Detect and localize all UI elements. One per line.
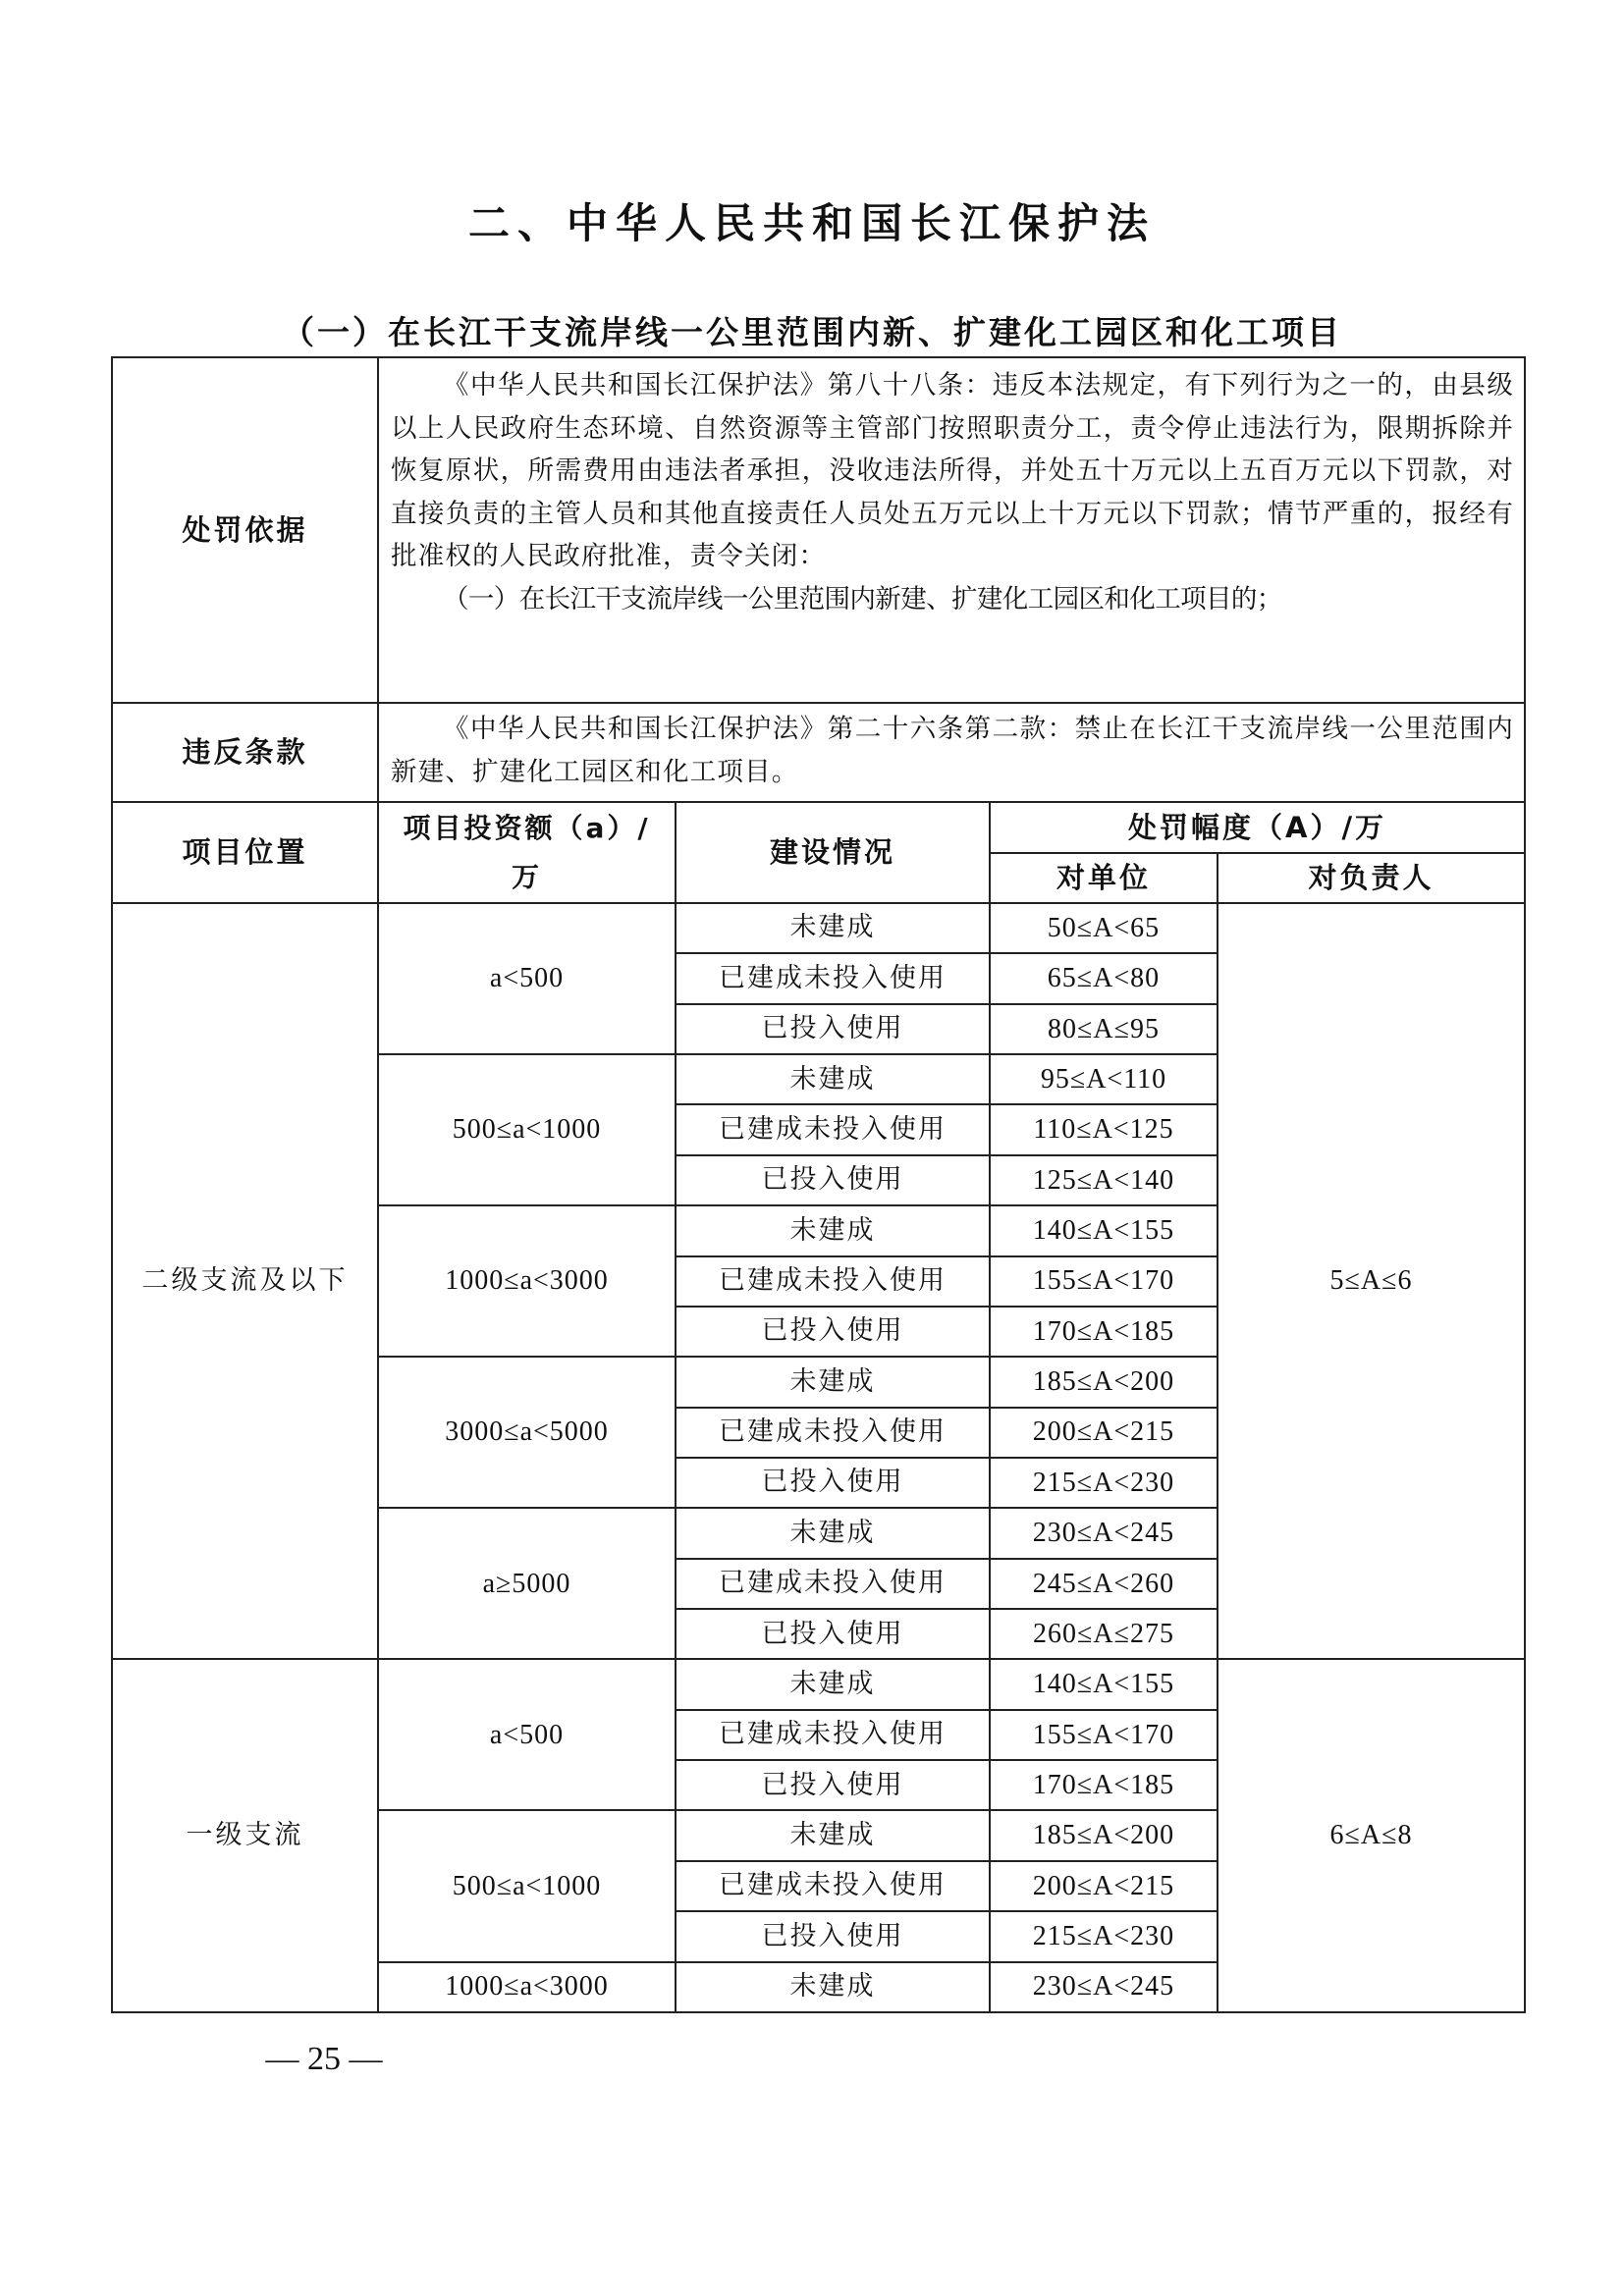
construction-status: 已投入使用 [676, 1609, 990, 1659]
header-row-1: 项目位置 项目投资额（a）/万 建设情况 处罚幅度（A）/万 [112, 802, 1525, 853]
construction-status: 未建成 [676, 1962, 990, 2012]
unit-penalty: 215≤A<230 [990, 1458, 1218, 1508]
unit-penalty: 155≤A<170 [990, 1256, 1218, 1307]
construction-status: 已投入使用 [676, 1458, 990, 1508]
investment-range: 500≤a<1000 [378, 1054, 676, 1205]
investment-range: a<500 [378, 1659, 676, 1810]
violation-text: 《中华人民共和国长江保护法》第二十六条第二款：禁止在长江干支流岸线一公里范围内新… [378, 703, 1525, 802]
header-to-unit: 对单位 [990, 853, 1218, 903]
construction-status: 已建成未投入使用 [676, 1559, 990, 1609]
unit-penalty: 200≤A<215 [990, 1408, 1218, 1458]
unit-penalty: 125≤A<140 [990, 1155, 1218, 1205]
unit-penalty: 230≤A<245 [990, 1508, 1218, 1558]
project-location: 二级支流及以下 [112, 903, 378, 1659]
unit-penalty: 230≤A<245 [990, 1962, 1218, 2012]
unit-penalty: 95≤A<110 [990, 1054, 1218, 1104]
investment-range: a≥5000 [378, 1508, 676, 1659]
construction-status: 已投入使用 [676, 1004, 990, 1054]
construction-status: 已投入使用 [676, 1760, 990, 1810]
investment-range: 1000≤a<3000 [378, 1962, 676, 2012]
unit-penalty: 185≤A<200 [990, 1810, 1218, 1860]
construction-status: 未建成 [676, 1054, 990, 1104]
construction-status: 未建成 [676, 1810, 990, 1860]
unit-penalty: 140≤A<155 [990, 1659, 1218, 1709]
unit-penalty: 260≤A≤275 [990, 1609, 1218, 1659]
construction-status: 未建成 [676, 1508, 990, 1558]
table-row: 一级支流a<500未建成140≤A<1556≤A≤8 [112, 1659, 1525, 1709]
penalty-table: 处罚依据 《中华人民共和国长江保护法》第八十八条：违反本法规定，有下列行为之一的… [111, 356, 1526, 2013]
unit-penalty: 245≤A<260 [990, 1559, 1218, 1609]
investment-range: 1000≤a<3000 [378, 1205, 676, 1357]
unit-penalty: 110≤A<125 [990, 1104, 1218, 1154]
unit-penalty: 50≤A<65 [990, 903, 1218, 953]
construction-status: 已投入使用 [676, 1155, 990, 1205]
violation-row: 违反条款 《中华人民共和国长江保护法》第二十六条第二款：禁止在长江干支流岸线一公… [112, 703, 1525, 802]
section-title: 二、中华人民共和国长江保护法 [0, 196, 1624, 251]
basis-item: （一）在长江干支流岸线一公里范围内新建、扩建化工园区和化工项目的； [391, 578, 1514, 621]
construction-status: 已投入使用 [676, 1911, 990, 1961]
unit-penalty: 80≤A≤95 [990, 1004, 1218, 1054]
basis-label: 处罚依据 [112, 357, 378, 703]
unit-penalty: 65≤A<80 [990, 953, 1218, 1003]
construction-status: 已建成未投入使用 [676, 1256, 990, 1307]
investment-range: 3000≤a<5000 [378, 1357, 676, 1508]
basis-paragraph: 《中华人民共和国长江保护法》第八十八条：违反本法规定，有下列行为之一的，由县级以… [391, 364, 1514, 578]
person-penalty: 5≤A≤6 [1218, 903, 1525, 1659]
construction-status: 已建成未投入使用 [676, 1710, 990, 1760]
page-number: — 25 — [236, 2040, 412, 2079]
table-row: 二级支流及以下a<500未建成50≤A<655≤A≤6 [112, 903, 1525, 953]
header-penalty: 处罚幅度（A）/万 [990, 802, 1525, 853]
construction-status: 未建成 [676, 903, 990, 953]
violation-label: 违反条款 [112, 703, 378, 802]
header-to-person: 对负责人 [1218, 853, 1525, 903]
person-penalty: 6≤A≤8 [1218, 1659, 1525, 2012]
header-location: 项目位置 [112, 802, 378, 903]
header-construction: 建设情况 [676, 802, 990, 903]
basis-text: 《中华人民共和国长江保护法》第八十八条：违反本法规定，有下列行为之一的，由县级以… [378, 357, 1525, 703]
construction-status: 未建成 [676, 1659, 990, 1709]
construction-status: 已建成未投入使用 [676, 1861, 990, 1911]
construction-status: 已投入使用 [676, 1307, 990, 1357]
construction-status: 未建成 [676, 1205, 990, 1255]
investment-range: a<500 [378, 903, 676, 1054]
construction-status: 已建成未投入使用 [676, 1408, 990, 1458]
unit-penalty: 185≤A<200 [990, 1357, 1218, 1407]
violation-paragraph: 《中华人民共和国长江保护法》第二十六条第二款：禁止在长江干支流岸线一公里范围内新… [391, 708, 1514, 793]
unit-penalty: 200≤A<215 [990, 1861, 1218, 1911]
investment-range: 500≤a<1000 [378, 1810, 676, 1961]
unit-penalty: 155≤A<170 [990, 1710, 1218, 1760]
project-location: 一级支流 [112, 1659, 378, 2012]
construction-status: 未建成 [676, 1357, 990, 1407]
construction-status: 已建成未投入使用 [676, 1104, 990, 1154]
header-investment: 项目投资额（a）/万 [378, 802, 676, 903]
subsection-title: （一）在长江干支流岸线一公里范围内新、扩建化工园区和化工项目 [0, 310, 1624, 355]
unit-penalty: 215≤A<230 [990, 1911, 1218, 1961]
basis-row: 处罚依据 《中华人民共和国长江保护法》第八十八条：违反本法规定，有下列行为之一的… [112, 357, 1525, 703]
unit-penalty: 170≤A<185 [990, 1760, 1218, 1810]
construction-status: 已建成未投入使用 [676, 953, 990, 1003]
unit-penalty: 170≤A<185 [990, 1307, 1218, 1357]
unit-penalty: 140≤A<155 [990, 1205, 1218, 1255]
